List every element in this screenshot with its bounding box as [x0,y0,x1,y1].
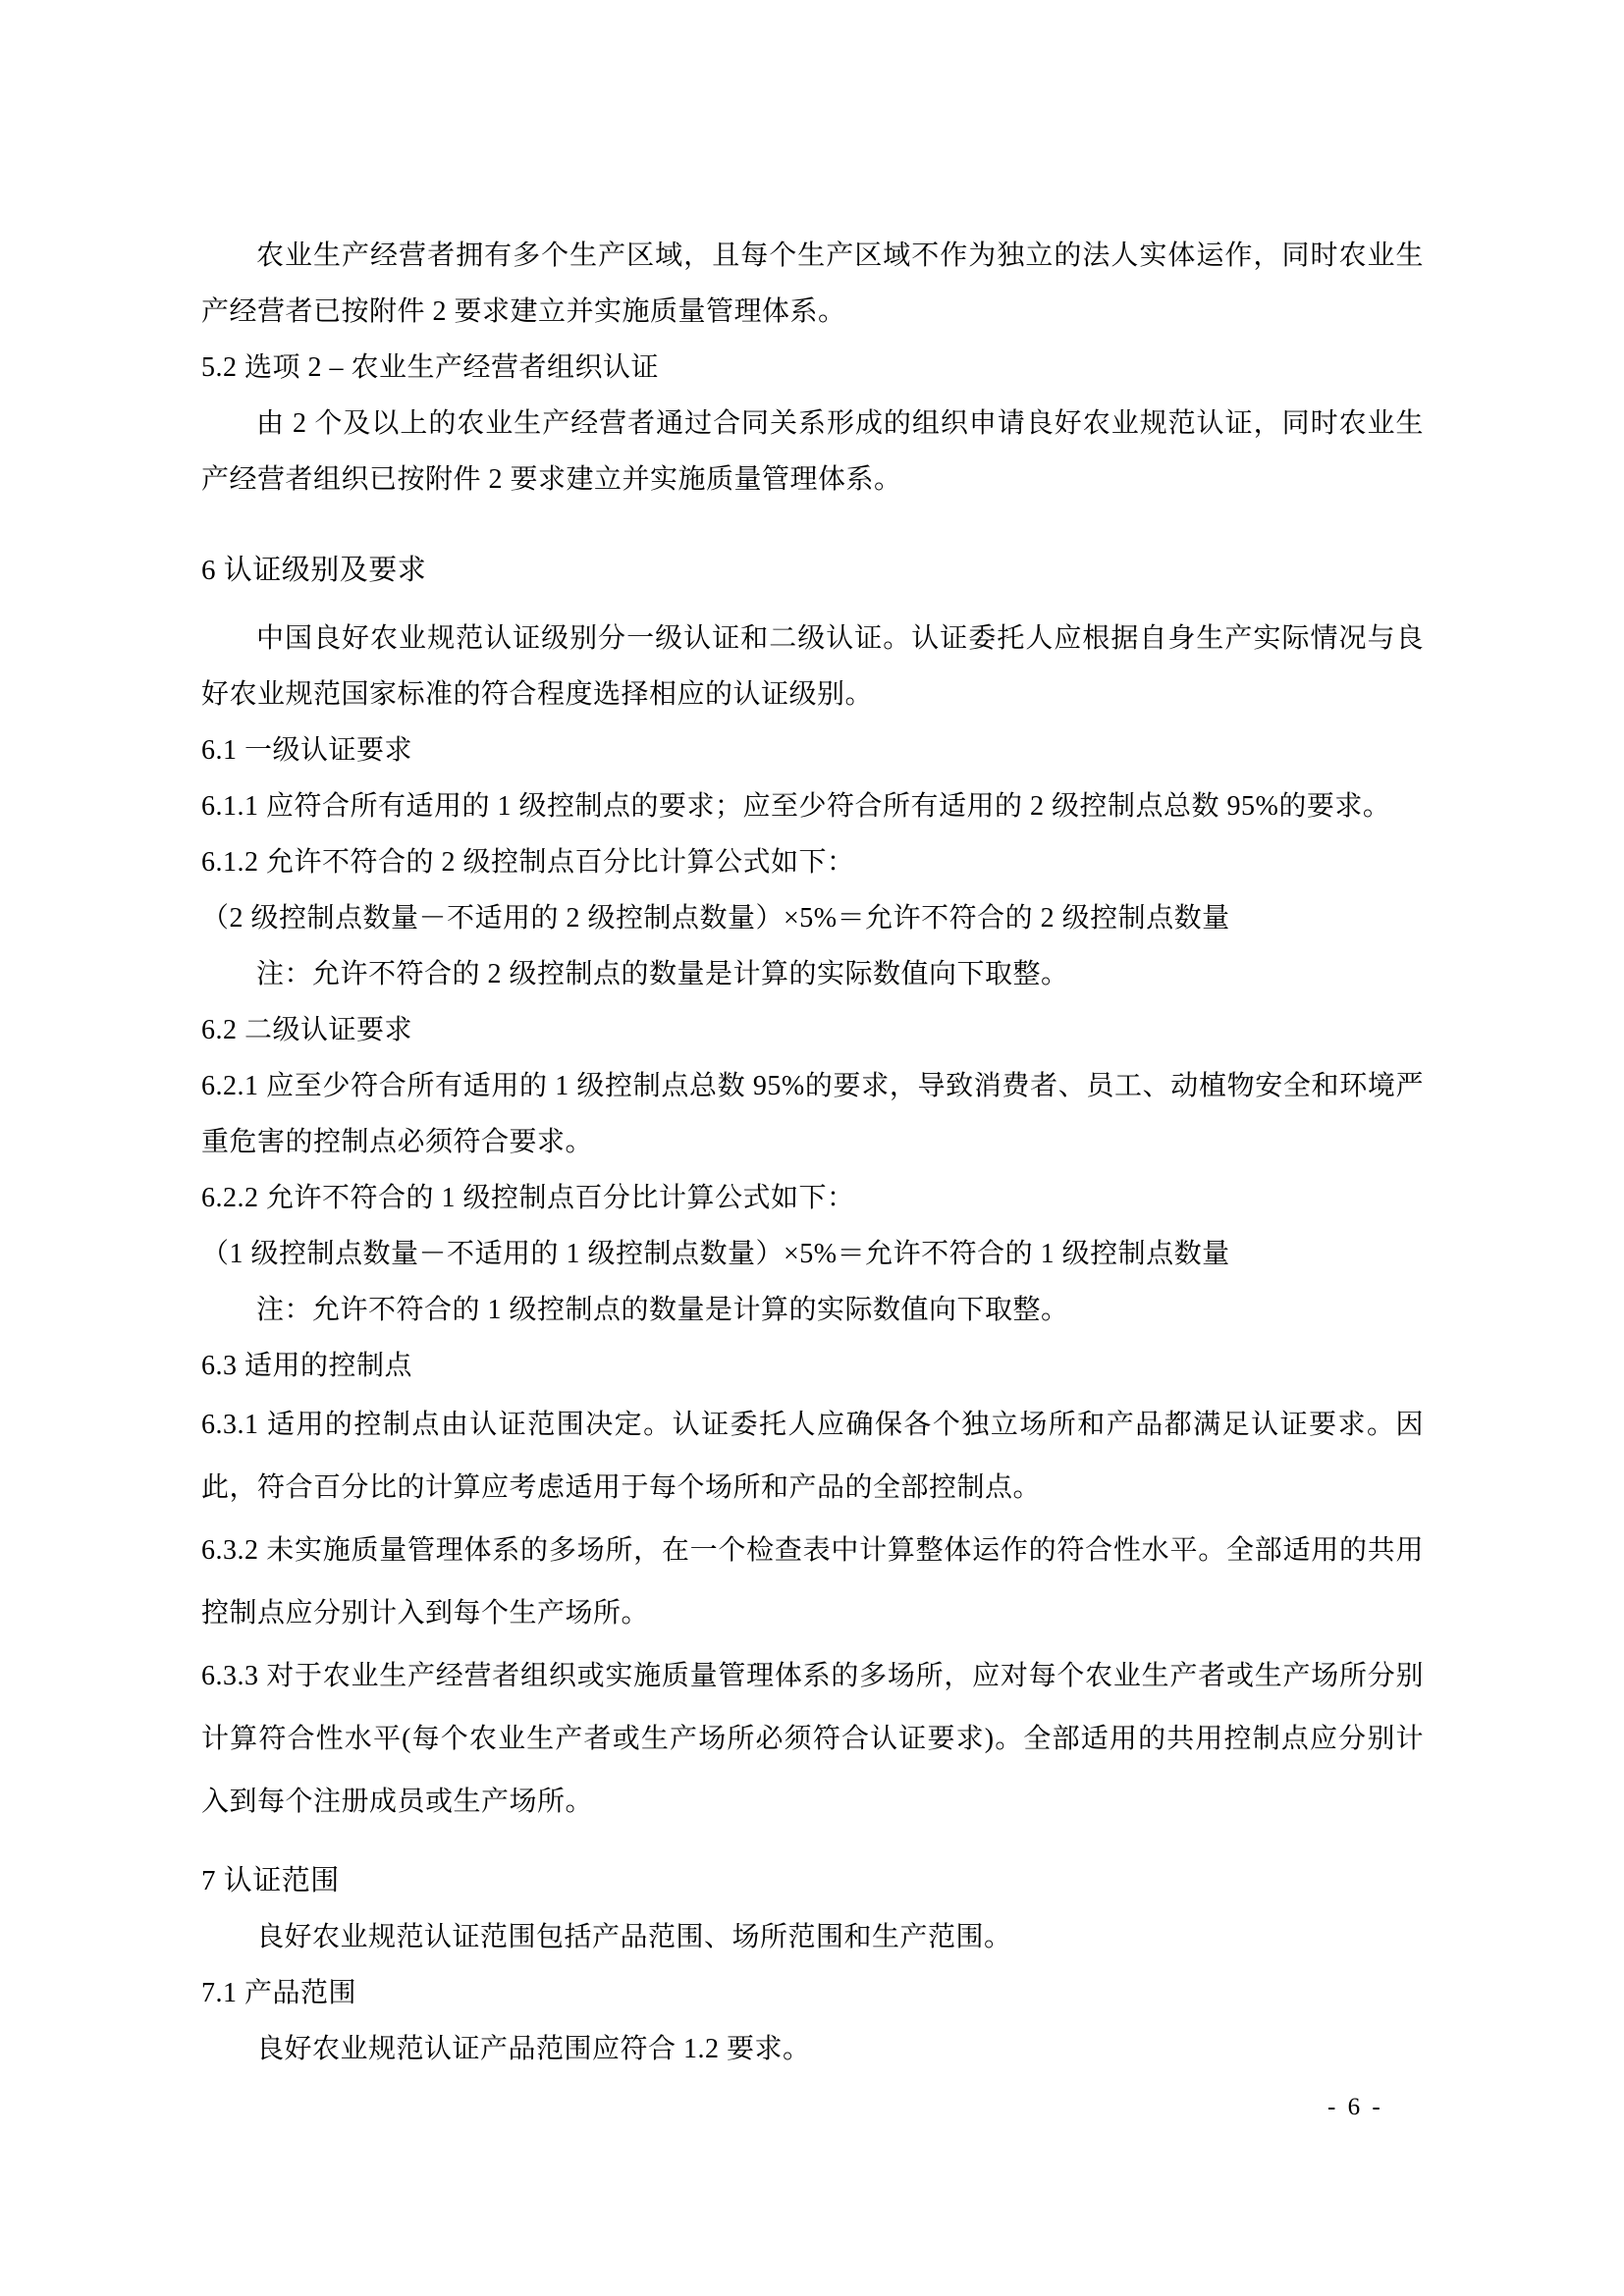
document-page: 农业生产经营者拥有多个生产区域，且每个生产区域不作为独立的法人实体运作，同时农业… [0,0,1624,2296]
clause-6-1-2: 6.1.2 允许不符合的 2 级控制点百分比计算公式如下： [201,834,1424,890]
section-6-heading: 6 认证级别及要求 [201,543,1424,599]
paragraph-7-1-body: 良好农业规范认证产品范围应符合 1.2 要求。 [201,2021,1424,2077]
formula-level1-points: （1 级控制点数量－不适用的 1 级控制点数量）×5%＝允许不符合的 1 级控制… [201,1226,1424,1282]
clause-6-3-2: 6.3.2 未实施质量管理体系的多场所，在一个检查表中计算整体运作的符合性水平。… [201,1520,1424,1645]
note-level1-points: 注：允许不符合的 1 级控制点的数量是计算的实际数值向下取整。 [201,1282,1424,1338]
clause-6-2-1: 6.2.1 应至少符合所有适用的 1 级控制点总数 95%的要求，导致消费者、员… [201,1058,1424,1170]
section-5-2-title: 5.2 选项 2 – 农业生产经营者组织认证 [201,340,1424,396]
section-6-3-title: 6.3 适用的控制点 [201,1338,1424,1394]
paragraph-5-1-requirement: 农业生产经营者拥有多个生产区域，且每个生产区域不作为独立的法人实体运作，同时农业… [201,228,1424,340]
section-7-heading: 7 认证范围 [201,1853,1424,1909]
section-6-2-title: 6.2 二级认证要求 [201,1002,1424,1058]
paragraph-7-intro: 良好农业规范认证范围包括产品范围、场所范围和生产范围。 [201,1909,1424,1965]
section-6-1-title: 6.1 一级认证要求 [201,722,1424,778]
page-number: - 6 - [1327,2091,1383,2124]
paragraph-6-intro: 中国良好农业规范认证级别分一级认证和二级认证。认证委托人应根据自身生产实际情况与… [201,611,1424,722]
clause-6-3-1: 6.3.1 适用的控制点由认证范围决定。认证委托人应确保各个独立场所和产品都满足… [201,1394,1424,1520]
clause-6-2-2: 6.2.2 允许不符合的 1 级控制点百分比计算公式如下： [201,1170,1424,1226]
clause-6-3-3: 6.3.3 对于农业生产经营者组织或实施质量管理体系的多场所，应对每个农业生产者… [201,1645,1424,1834]
formula-level2-points: （2 级控制点数量－不适用的 2 级控制点数量）×5%＝允许不符合的 2 级控制… [201,890,1424,946]
clause-6-1-1: 6.1.1 应符合所有适用的 1 级控制点的要求；应至少符合所有适用的 2 级控… [201,778,1424,834]
document-content: 农业生产经营者拥有多个生产区域，且每个生产区域不作为独立的法人实体运作，同时农业… [201,228,1424,2077]
note-level2-points: 注：允许不符合的 2 级控制点的数量是计算的实际数值向下取整。 [201,946,1424,1002]
paragraph-5-2-body: 由 2 个及以上的农业生产经营者通过合同关系形成的组织申请良好农业规范认证，同时… [201,396,1424,507]
section-7-1-title: 7.1 产品范围 [201,1965,1424,2021]
